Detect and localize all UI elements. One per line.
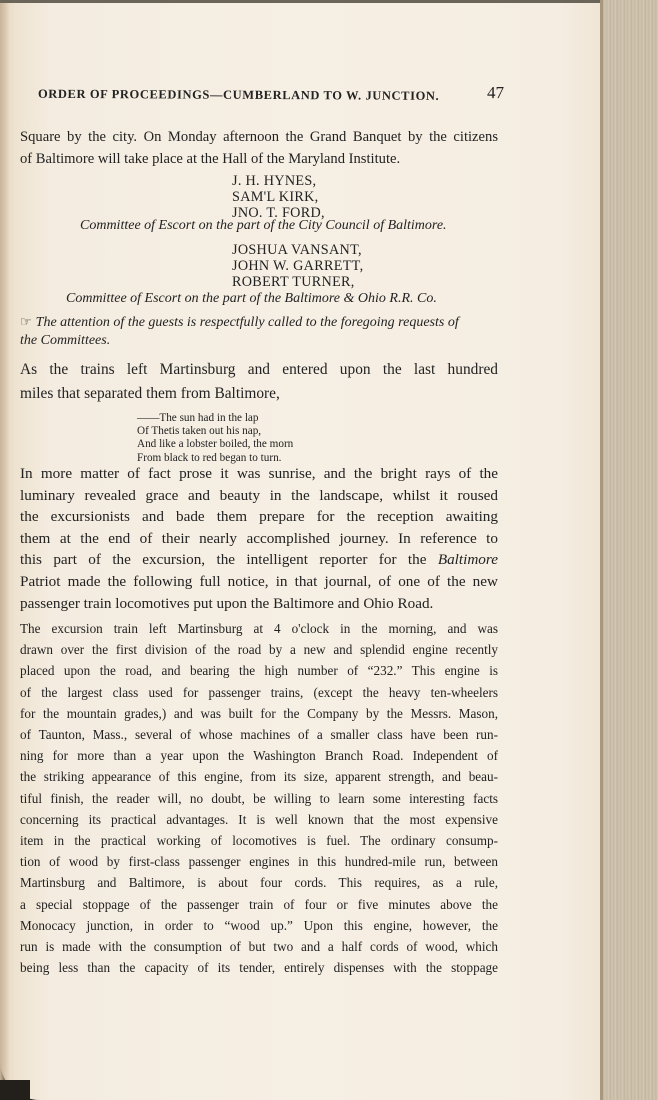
running-head: ORDER OF PROCEEDINGS—CUMBERLAND TO W. JU… <box>38 87 500 104</box>
text-line: Monocacy junction, in order to “wood up.… <box>20 915 498 936</box>
book-scan: ORDER OF PROCEEDINGS—CUMBERLAND TO W. JU… <box>0 0 658 1100</box>
scan-background-corner <box>0 1080 30 1100</box>
paragraph-excursion: The excursion train left Martinsburg at … <box>20 618 498 978</box>
committee-railroad-caption: Committee of Escort on the part of the B… <box>66 291 486 307</box>
text-line: run is made with the consumption of but … <box>20 936 498 957</box>
text-line: of the largest class used for passenger … <box>20 682 498 703</box>
text-line: As the trains left Martinsburg and enter… <box>20 358 498 382</box>
verse-line: And like a lobster boiled, the morn <box>137 438 293 451</box>
text-line: placed upon the road, and bearing the hi… <box>20 660 498 681</box>
text-line: this part of the excursion, the intellig… <box>20 549 498 571</box>
stacked-page-edges <box>600 0 658 1100</box>
text-line: drawn over the first division of the roa… <box>20 639 498 660</box>
committee-member: JOHN W. GARRETT, <box>232 259 363 275</box>
opening-paragraph: Square by the city. On Monday afternoon … <box>20 126 498 170</box>
text-line: luminary revealed grace and beauty in th… <box>20 485 498 507</box>
text-line: In more matter of fact prose it was sunr… <box>20 463 498 485</box>
running-head-title: ORDER OF PROCEEDINGS—CUMBERLAND TO W. JU… <box>38 87 439 103</box>
text-line: Martinsburg and Baltimore, is about four… <box>20 872 498 893</box>
paragraph-trains: As the trains left Martinsburg and enter… <box>20 358 498 406</box>
page-number: 47 <box>487 83 504 103</box>
verse-line: Of Thetis taken out his nap, <box>137 425 293 438</box>
committee-member: ROBERT TURNER, <box>232 275 363 291</box>
committee-city-caption: Committee of Escort on the part of the C… <box>80 218 500 234</box>
text-line: them at the end of their nearly accompli… <box>20 528 498 550</box>
text-line: miles that separated them from Baltimore… <box>20 382 498 406</box>
text-line: for the mountain grades,) and was built … <box>20 703 498 724</box>
committee-member: JOSHUA VANSANT, <box>232 243 363 259</box>
text-line: passenger train locomotives put upon the… <box>20 593 498 615</box>
verse-quotation: ——The sun had in the lap Of Thetis taken… <box>137 412 293 465</box>
text-line: a special stoppage of the passenger trai… <box>20 894 498 915</box>
text-line: of Baltimore will take place at the Hall… <box>20 148 498 170</box>
text-line: the striking appearance of this engine, … <box>20 766 498 787</box>
text-line: of Taunton, Mass., several of whose mach… <box>20 724 498 745</box>
text-line: The excursion train left Martinsburg at … <box>20 618 498 639</box>
text-line: ning for more than a year upon the Washi… <box>20 745 498 766</box>
committee-member: J. H. HYNES, <box>232 174 325 190</box>
paragraph-sunrise: In more matter of fact prose it was sunr… <box>20 463 498 614</box>
newspaper-title: Baltimore <box>438 551 498 568</box>
text-line: concerning its practical advantages. It … <box>20 809 498 830</box>
committee-railroad-names: JOSHUA VANSANT, JOHN W. GARRETT, ROBERT … <box>232 243 363 290</box>
page-top-edge <box>0 0 604 3</box>
notice-paragraph: ☞The attention of the guests is respectf… <box>20 313 498 350</box>
text-line: the excursionists and bade them prepare … <box>20 506 498 528</box>
manicule-hand-icon: ☞ <box>20 313 32 331</box>
gutter-shadow <box>0 0 10 1100</box>
text-line: Square by the city. On Monday afternoon … <box>20 126 498 148</box>
committee-city-names: J. H. HYNES, SAM'L KIRK, JNO. T. FORD, <box>232 174 325 221</box>
text-line: item in the practical working of locomot… <box>20 830 498 851</box>
verse-line: ——The sun had in the lap <box>137 412 293 425</box>
committee-member: SAM'L KIRK, <box>232 190 325 206</box>
book-page: ORDER OF PROCEEDINGS—CUMBERLAND TO W. JU… <box>0 0 604 1100</box>
page-edge-divider <box>600 0 603 1100</box>
text-line: being less than the capacity of its tend… <box>20 957 498 978</box>
text-line: tiful finish, the reader will, no doubt,… <box>20 788 498 809</box>
notice-line: ☞The attention of the guests is respectf… <box>20 313 498 332</box>
text-line: Patriot made the following full notice, … <box>20 571 498 593</box>
notice-line: the Committees. <box>20 332 498 350</box>
text-line: tion of wood by first-class passenger en… <box>20 851 498 872</box>
